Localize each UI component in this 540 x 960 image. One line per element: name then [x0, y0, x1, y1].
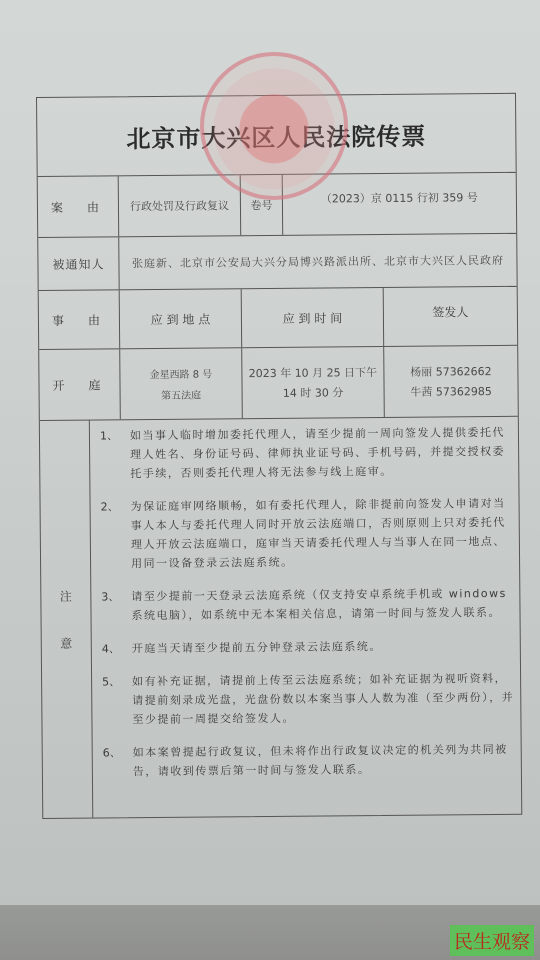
title-row: 北京市大兴区人民法院传票: [37, 94, 516, 177]
issuer-line-2: 牛茜 57362985: [410, 383, 492, 400]
note-item: 2、为保证庭审网络顺畅，如有委托代理人，除非提前向签发人申请对当事人本人与委托代…: [100, 494, 513, 574]
document-title: 北京市大兴区人民法院传票: [126, 116, 426, 154]
case-number-label: 卷号: [241, 175, 284, 235]
notified-label: 被通知人: [38, 237, 119, 290]
note-item: 3、请至少提前一天登录云法庭系统（仅支持安卓系统手机或 windows 系统电脑…: [101, 584, 513, 626]
notes-label-char-1: 注: [60, 587, 72, 604]
time-line-1: 2023 年 10 月 25 日下午: [249, 364, 378, 381]
note-item: 5、如有补充证据，请提前上传至云法庭系统；如补充证据为视听资料，请提前刻录成光盘…: [102, 669, 514, 730]
watermark-label: 民生观察: [450, 925, 534, 956]
case-cause-value: 行政处罚及行政复议: [119, 175, 242, 236]
time-line-2: 14 时 30 分: [283, 384, 344, 401]
matter-header-row: 事 由 应 到 地 点 应 到 时 间 签发人: [39, 287, 517, 350]
location-header: 应 到 地 点: [120, 289, 243, 348]
issuer-contacts: 杨丽 57362662 牛茜 57362985: [384, 346, 518, 417]
case-cause-label: 案 由: [38, 176, 120, 237]
hearing-location: 金星西路 8 号 第五法庭: [120, 348, 243, 419]
notes-label-char-2: 意: [60, 634, 72, 651]
court-summons-form: 北京市大兴区人民法院传票 案 由 行政处罚及行政复议 卷号 （2023）京 01…: [36, 93, 522, 819]
note-item: 1、如当事人临时增加委托代理人，请至少提前一周向签发人提供委托代理人姓名、身份证…: [100, 423, 512, 484]
notified-value: 张庭新、北京市公安局大兴分局博兴路派出所、北京市大兴区人民政府: [119, 234, 516, 289]
location-line-2: 第五法庭: [161, 387, 201, 402]
notes-label: 注 意: [40, 421, 93, 818]
issuer-line-1: 杨丽 57362662: [410, 363, 492, 380]
note-item: 6、如本案曾提起行政复议，但未将作出行政复议决定的机关列为共同被告，请收到传票后…: [103, 740, 515, 782]
issuer-header: 签发人: [384, 287, 518, 346]
matter-label: 事 由: [39, 290, 121, 349]
case-number-value: （2023）京 0115 行初 359 号: [283, 173, 517, 235]
notes-row: 注 意 1、如当事人临时增加委托代理人，请至少提前一周向签发人提供委托代理人姓名…: [40, 417, 521, 818]
note-item: 4、开庭当天请至少提前五分钟登录云法庭系统。: [102, 636, 514, 659]
case-cause-row: 案 由 行政处罚及行政复议 卷号 （2023）京 0115 行初 359 号: [38, 173, 517, 238]
hearing-row: 开 庭 金星西路 8 号 第五法庭 2023 年 10 月 25 日下午 14 …: [39, 346, 518, 421]
hearing-time: 2023 年 10 月 25 日下午 14 时 30 分: [242, 347, 385, 418]
time-header: 应 到 时 间: [242, 288, 385, 347]
hearing-label: 开 庭: [39, 349, 121, 420]
location-line-1: 金星西路 8 号: [149, 365, 212, 381]
notified-row: 被通知人 张庭新、北京市公安局大兴分局博兴路派出所、北京市大兴区人民政府: [38, 234, 516, 291]
notes-list: 1、如当事人临时增加委托代理人，请至少提前一周向签发人提供委托代理人姓名、身份证…: [90, 417, 521, 818]
